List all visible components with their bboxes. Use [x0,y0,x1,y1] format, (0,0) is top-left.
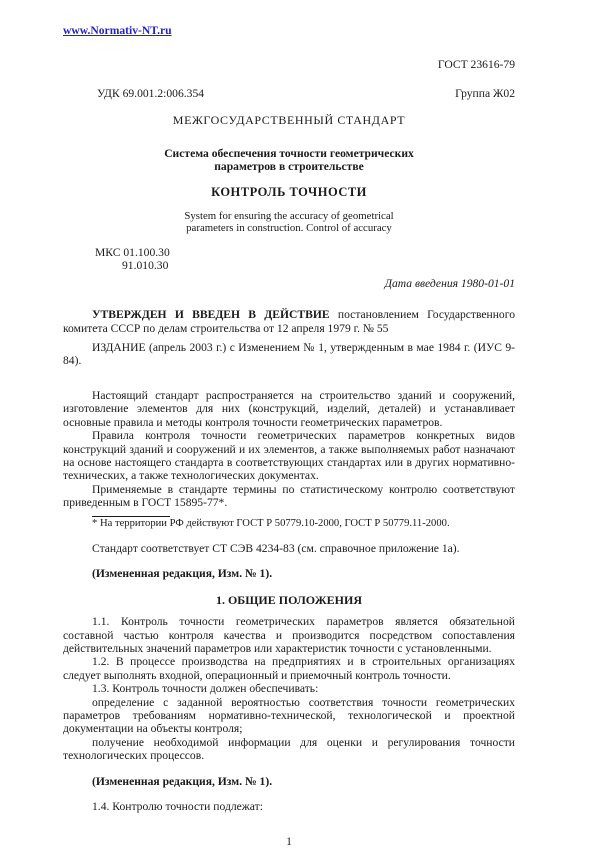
clause-1-3: 1.3. Контроль точности должен обеспечива… [63,682,515,695]
mks-codes: МКС 01.100.30 91.010.30 [63,246,515,273]
document-page: www.Normativ-NT.ru ГОСТ 23616-79 УДК 69.… [0,0,597,860]
terms-paragraph: Применяемые в стандарте термины по стати… [63,483,515,510]
page-number: 1 [63,835,515,848]
title-russian-line2: параметров в строительстве [63,160,515,173]
clause-1-3-item-b: получение необходимой информации для оце… [63,736,515,763]
footnote-separator [92,516,170,517]
amended-note-1: (Измененная редакция, Изм. № 1). [63,567,515,580]
title-english: System for ensuring the accuracy of geom… [63,210,515,235]
approval-paragraph: УТВЕРЖДЕН И ВВЕДЕН В ДЕЙСТВИЕ постановле… [63,308,515,335]
title-english-line2: parameters in construction. Control of a… [63,222,515,235]
title-russian-line1: Система обеспечения точности геометричес… [63,147,515,160]
standard-kind-title: МЕЖГОСУДАРСТВЕННЫЙ СТАНДАРТ [63,114,515,127]
correspondence-paragraph: Стандарт соответствует СТ СЭВ 4234-83 (с… [63,542,515,555]
group-code: Группа Ж02 [455,87,515,100]
footnote-text: * На территории РФ действуют ГОСТ Р 5077… [63,518,515,530]
clause-1-1: 1.1. Контроль точности геометрических па… [63,615,515,655]
title-english-line1: System for ensuring the accuracy of geom… [63,210,515,223]
site-link-row: www.Normativ-NT.ru [63,24,515,37]
clause-1-4: 1.4. Контролю точности подлежат: [63,800,515,813]
introduction-date: Дата введения 1980-01-01 [63,277,515,290]
amended-note-2: (Измененная редакция, Изм. № 1). [63,775,515,788]
title-russian: Система обеспечения точности геометричес… [63,147,515,174]
mks-code-line2: 91.010.30 [95,259,515,272]
udk-group-row: УДК 69.001.2:006.354 Группа Ж02 [63,87,515,100]
scope-paragraph: Настоящий стандарт распространяется на с… [63,389,515,429]
main-title: КОНТРОЛЬ ТОЧНОСТИ [63,186,515,199]
footnote-block: * На территории РФ действуют ГОСТ Р 5077… [63,516,515,530]
edition-paragraph: ИЗДАНИЕ (апрель 2003 г.) с Изменением № … [63,341,515,368]
site-link[interactable]: www.Normativ-NT.ru [63,24,172,37]
clause-1-2: 1.2. В процессе производства на предприя… [63,655,515,682]
approval-bold-text: УТВЕРЖДЕН И ВВЕДЕН В ДЕЙСТВИЕ [92,308,330,321]
section-1-heading: 1. ОБЩИЕ ПОЛОЖЕНИЯ [63,594,515,607]
udk-code: УДК 69.001.2:006.354 [97,87,204,100]
clause-1-3-item-a: определение с заданной вероятностью соот… [63,696,515,736]
mks-code-line1: МКС 01.100.30 [95,246,515,259]
rules-paragraph: Правила контроля точности геометрических… [63,429,515,483]
doc-number: ГОСТ 23616-79 [63,58,515,71]
